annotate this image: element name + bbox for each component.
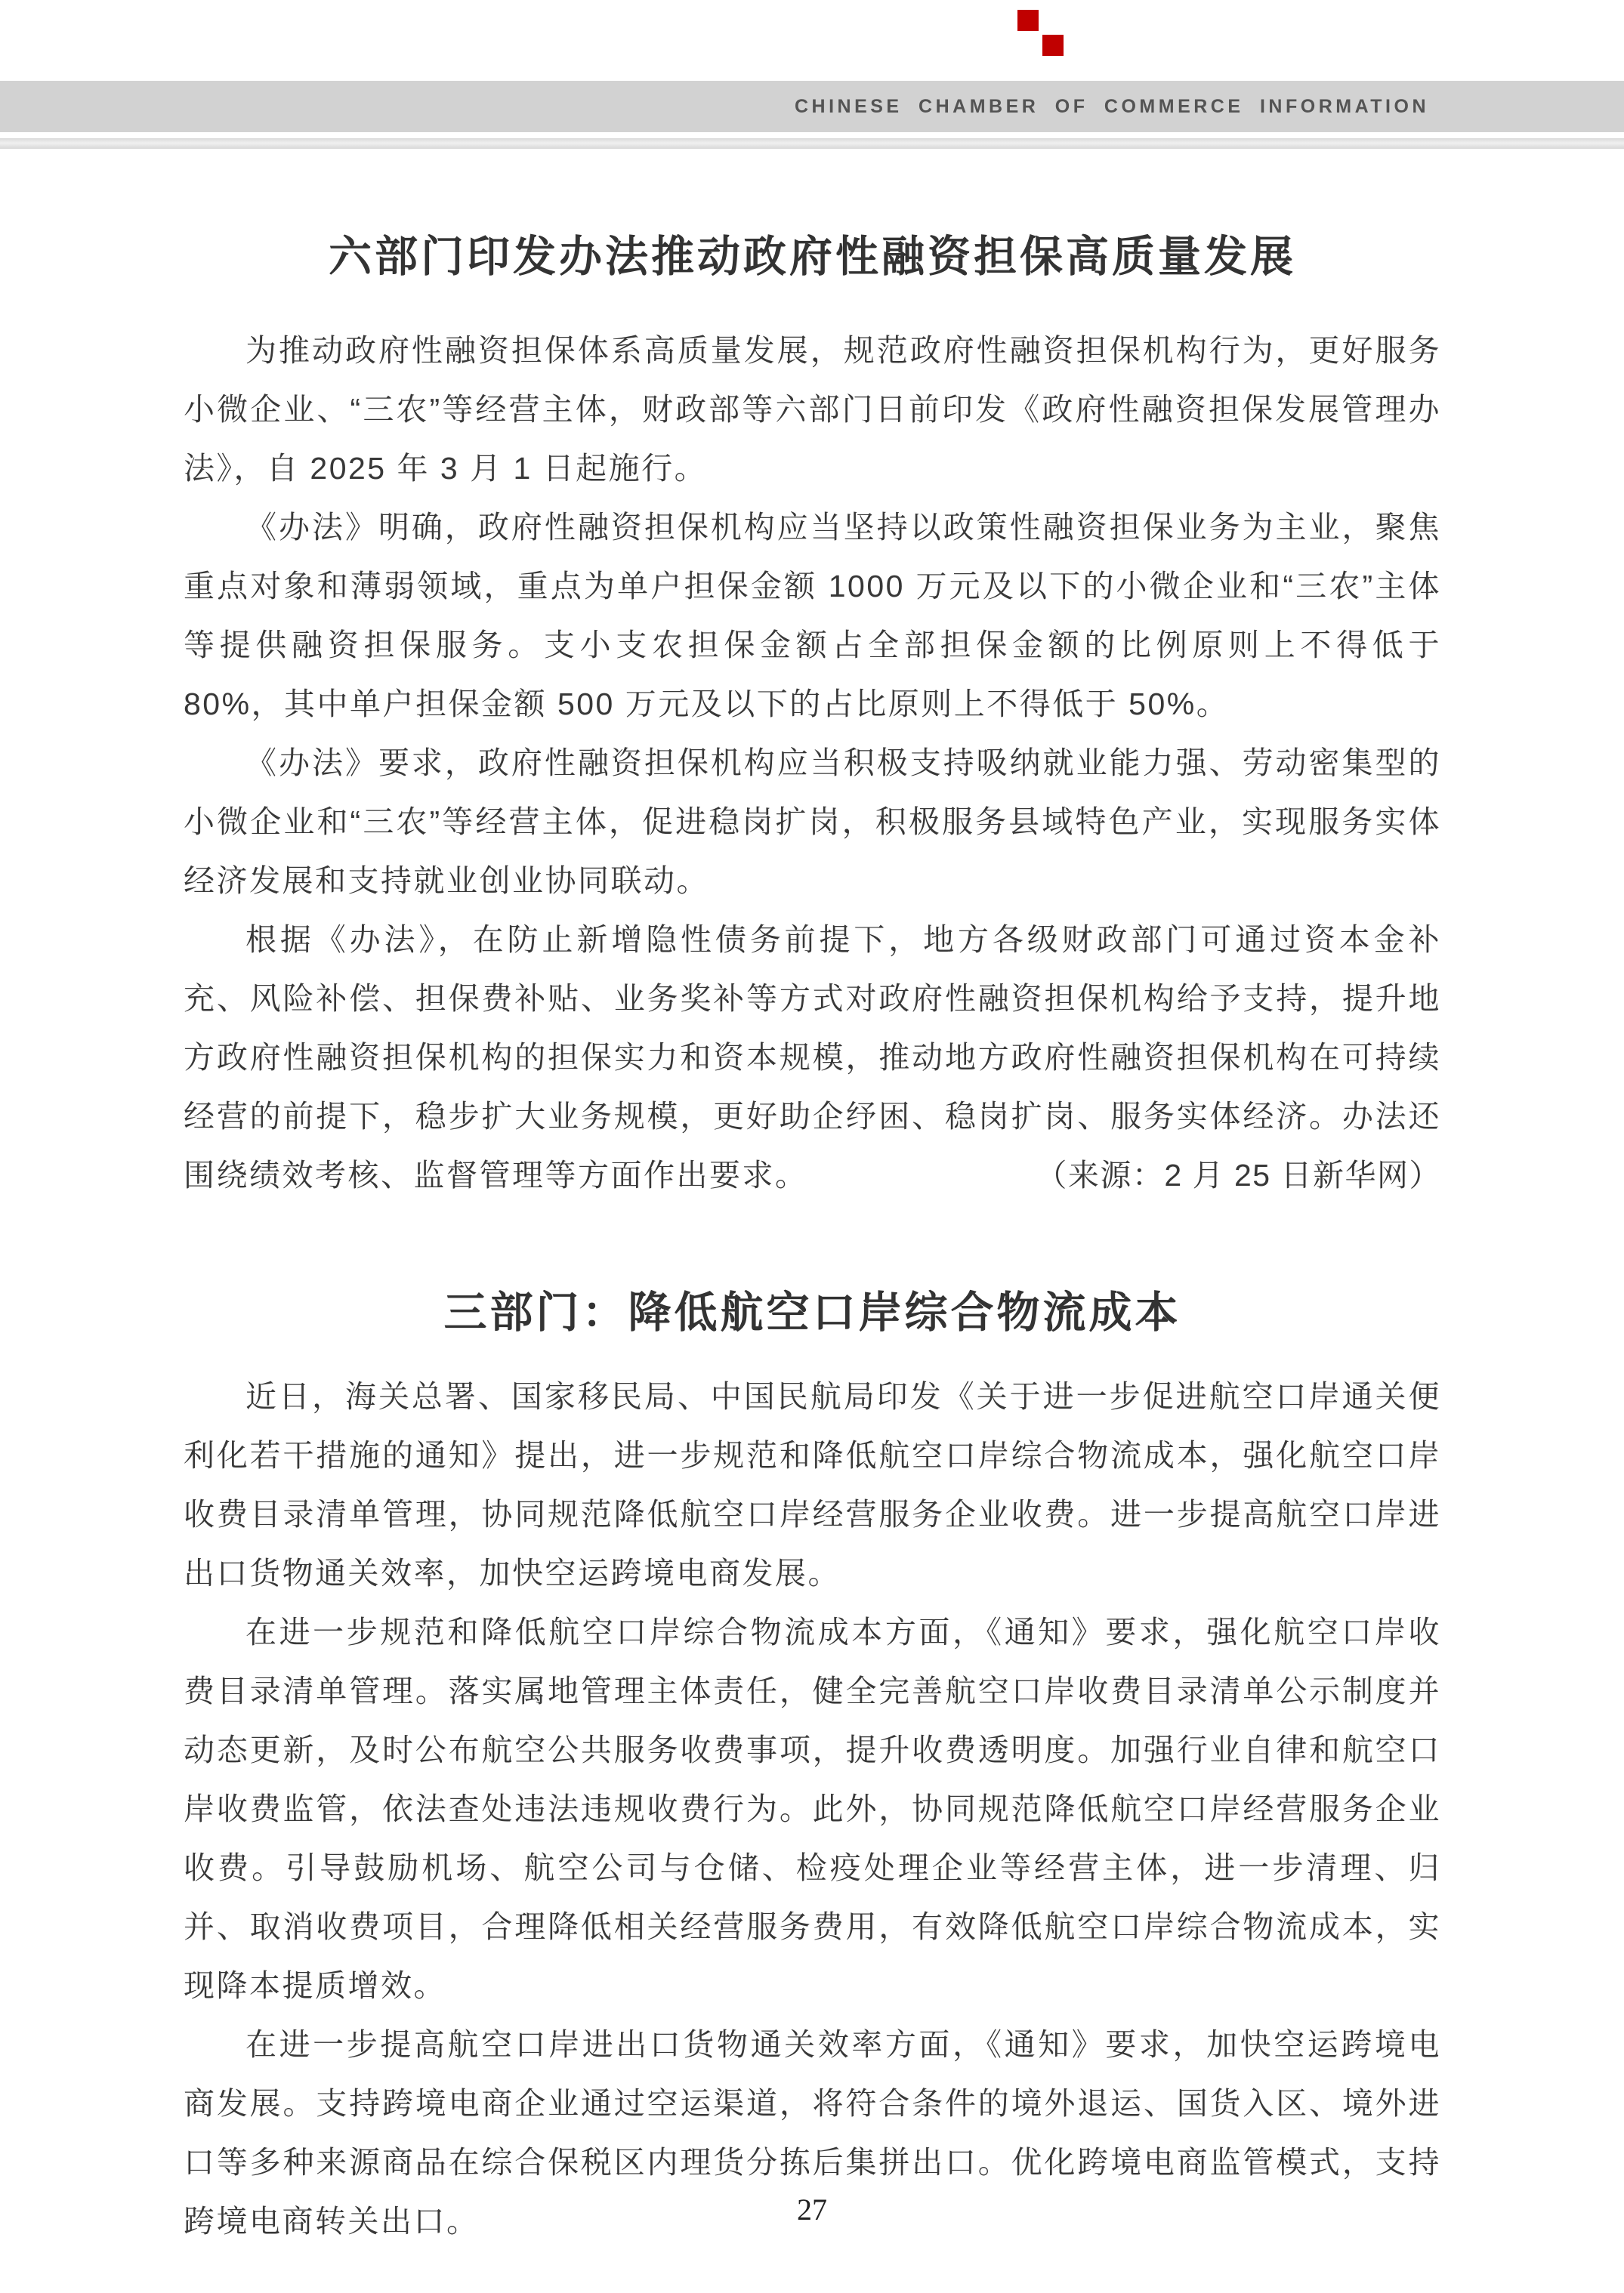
paragraph-text: 近日，海关总署、国家移民局、中国民航局印发《关于进一步促进航空口岸通关便利化若干… xyxy=(184,1379,1441,1591)
article1-title: 六部门印发办法推动政府性融资担保高质量发展 xyxy=(184,227,1441,287)
article1-paragraph-2: 《办法》明确，政府性融资担保机构应当坚持以政策性融资担保业务为主业，聚焦重点对象… xyxy=(184,498,1441,733)
article2-title: 三部门：降低航空口岸综合物流成本 xyxy=(184,1282,1441,1343)
page-number: 27 xyxy=(0,2192,1624,2227)
paragraph-text: 为推动政府性融资担保体系高质量发展，规范政府性融资担保机构行为，更好服务小微企业… xyxy=(184,333,1441,486)
page-content: 六部门印发办法推动政府性融资担保高质量发展 为推动政府性融资担保体系高质量发展，… xyxy=(184,0,1441,2251)
article1-paragraph-1: 为推动政府性融资担保体系高质量发展，规范政府性融资担保机构行为，更好服务小微企业… xyxy=(184,321,1441,498)
paragraph-text: 在进一步规范和降低航空口岸综合物流成本方面，《通知》要求，强化航空口岸收费目录清… xyxy=(184,1615,1441,2003)
article2-paragraph-1: 近日，海关总署、国家移民局、中国民航局印发《关于进一步促进航空口岸通关便利化若干… xyxy=(184,1367,1441,1603)
article1-paragraph-4: 根据《办法》，在防止新增隐性债务前提下，地方各级财政部门可通过资本金补充、风险补… xyxy=(184,910,1441,1205)
article2-paragraph-2: 在进一步规范和降低航空口岸综合物流成本方面，《通知》要求，强化航空口岸收费目录清… xyxy=(184,1603,1441,2015)
source-attribution: （来源：2 月 25 日新华网） xyxy=(1036,1146,1441,1205)
paragraph-text: 《办法》明确，政府性融资担保机构应当坚持以政策性融资担保业务为主业，聚焦重点对象… xyxy=(184,510,1441,721)
article1-paragraph-3: 《办法》要求，政府性融资担保机构应当积极支持吸纳就业能力强、劳动密集型的小微企业… xyxy=(184,733,1441,910)
document-page: CHINESE CHAMBER OF COMMERCE INFORMATION … xyxy=(0,0,1624,2293)
paragraph-text: 《办法》要求，政府性融资担保机构应当积极支持吸纳就业能力强、劳动密集型的小微企业… xyxy=(184,745,1441,898)
